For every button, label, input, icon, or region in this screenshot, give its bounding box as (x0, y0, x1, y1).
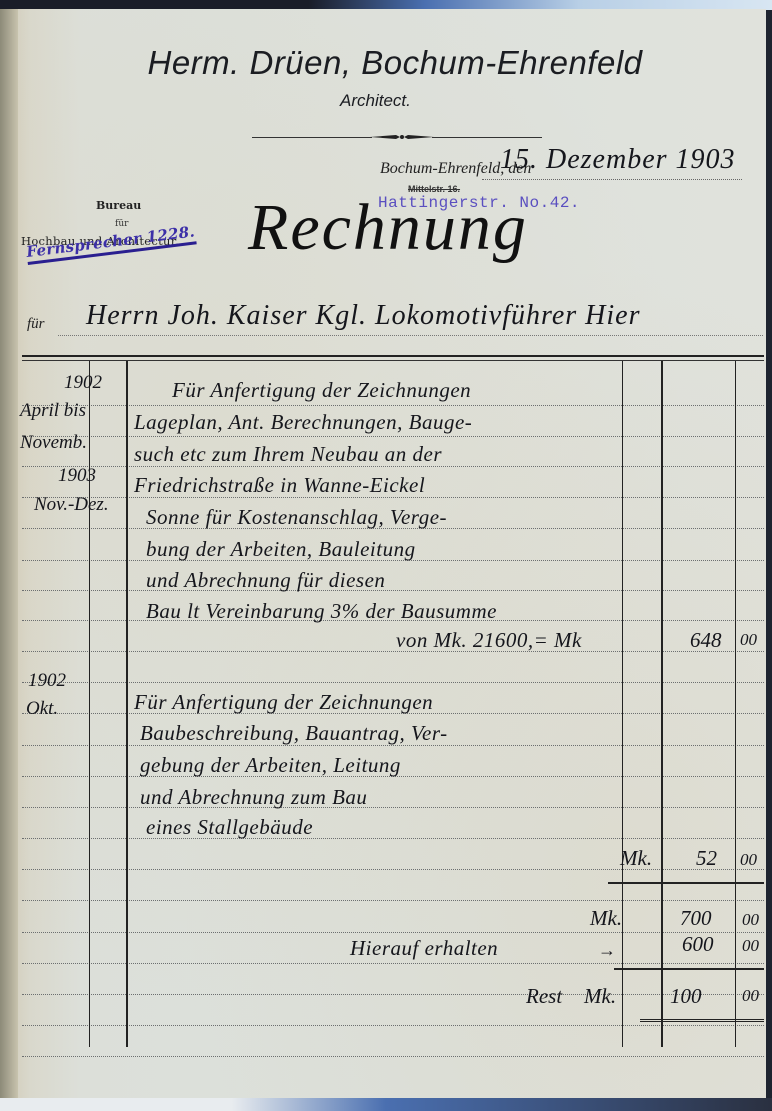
scan-bottom-edge (0, 1098, 772, 1111)
balance-amount: 100 (670, 984, 702, 1009)
ruled-line (22, 807, 764, 808)
item-date-line: Novemb. (20, 432, 87, 454)
subtotal-pfennig: 00 (742, 910, 759, 930)
currency-column-rule (622, 361, 623, 1047)
difference-rule (614, 968, 764, 970)
ruled-line (22, 436, 764, 437)
ruled-line (22, 994, 764, 995)
subtotal-currency: Mk. (590, 906, 622, 931)
description-column-left-rule (126, 361, 128, 1047)
item-description-line: such etc zum Ihrem Neubau an der (134, 442, 442, 467)
item-description-line: Baubeschreibung, Bauantrag, Ver- (140, 721, 448, 746)
ruled-line (22, 651, 764, 652)
item-description-line: und Abrechnung für diesen (146, 568, 385, 593)
subtotal-rule (608, 882, 764, 884)
arrow-icon: → (598, 940, 616, 961)
pfennig-column-rule (735, 361, 736, 1047)
item-description-line: Für Anfertigung der Zeichnungen (172, 378, 471, 403)
table-top-rule-thin (22, 360, 764, 361)
ruled-line (22, 838, 764, 839)
received-pfennig: 00 (742, 936, 759, 956)
received-amount: 600 (682, 932, 714, 957)
item-amount: 648 (690, 628, 722, 653)
item-description-line: bung der Arbeiten, Bauleitung (146, 537, 416, 562)
recipient-name: Herrn Joh. Kaiser Kgl. Lokomotivführer H… (86, 300, 641, 332)
recipient-prefix: für (27, 316, 45, 333)
item-description-line: Sonne für Kostenanschlag, Verge- (146, 505, 447, 530)
table-top-rule (22, 355, 764, 357)
item-date-line: Okt. (26, 698, 58, 720)
item-description-line: und Abrechnung zum Bau (140, 785, 367, 810)
balance-currency: Mk. (584, 984, 616, 1009)
paper-left-edge (0, 9, 18, 1099)
item-date-line: 1903 (58, 465, 96, 487)
item-date-line: 1902 (64, 372, 102, 394)
item-description-line: von Mk. 21600,= Mk (396, 628, 582, 653)
item-pfennig: 00 (740, 630, 757, 650)
firm-name: Herm. Drüen, Bochum-Ehrenfeld (0, 44, 772, 82)
bureau-for: für (115, 219, 128, 229)
date-column-divider (89, 361, 90, 1047)
ruled-line (22, 963, 764, 964)
recipient-dotted-line (58, 335, 763, 336)
ruled-line (22, 682, 764, 683)
item-currency: Mk. (620, 846, 652, 871)
item-date-line: 1902 (28, 670, 66, 692)
balance-label: Rest (526, 984, 562, 1009)
received-label: Hierauf erhalten (350, 936, 498, 961)
item-date-line: April bis (20, 400, 86, 422)
item-amount: 52 (696, 846, 717, 871)
document-title: Rechnung (248, 190, 528, 266)
profession: Architect. (340, 91, 411, 111)
item-description-line: Bau lt Vereinbarung 3% der Bausumme (146, 599, 497, 624)
ruled-line (22, 1025, 764, 1026)
date-dotted-line (482, 179, 742, 180)
subtotal-amount: 700 (680, 906, 712, 931)
item-description-line: Lageplan, Ant. Berechnungen, Bauge- (134, 410, 472, 435)
item-description-line: Friedrichstraße in Wanne-Eickel (134, 473, 425, 498)
ruled-line (22, 932, 764, 933)
ruled-line (22, 900, 764, 901)
ruled-line (22, 869, 764, 870)
balance-double-rule (640, 1019, 764, 1022)
item-description-line: Für Anfertigung der Zeichnungen (134, 690, 433, 715)
invoice-date: 15. Dezember 1903 (500, 144, 736, 176)
item-description-line: gebung der Arbeiten, Leitung (140, 753, 401, 778)
ornament-icon (370, 133, 434, 141)
item-date-line: Nov.-Dez. (34, 494, 109, 516)
ornamental-rule (252, 136, 542, 140)
amount-column-rule (661, 361, 663, 1047)
item-pfennig: 00 (740, 850, 757, 870)
item-description-line: eines Stallgebäude (146, 815, 313, 840)
ruled-line (22, 1056, 764, 1057)
bureau-label: Bureau (96, 199, 141, 212)
balance-pfennig: 00 (742, 986, 759, 1006)
ruled-line (22, 590, 764, 591)
ruled-line (22, 405, 764, 406)
